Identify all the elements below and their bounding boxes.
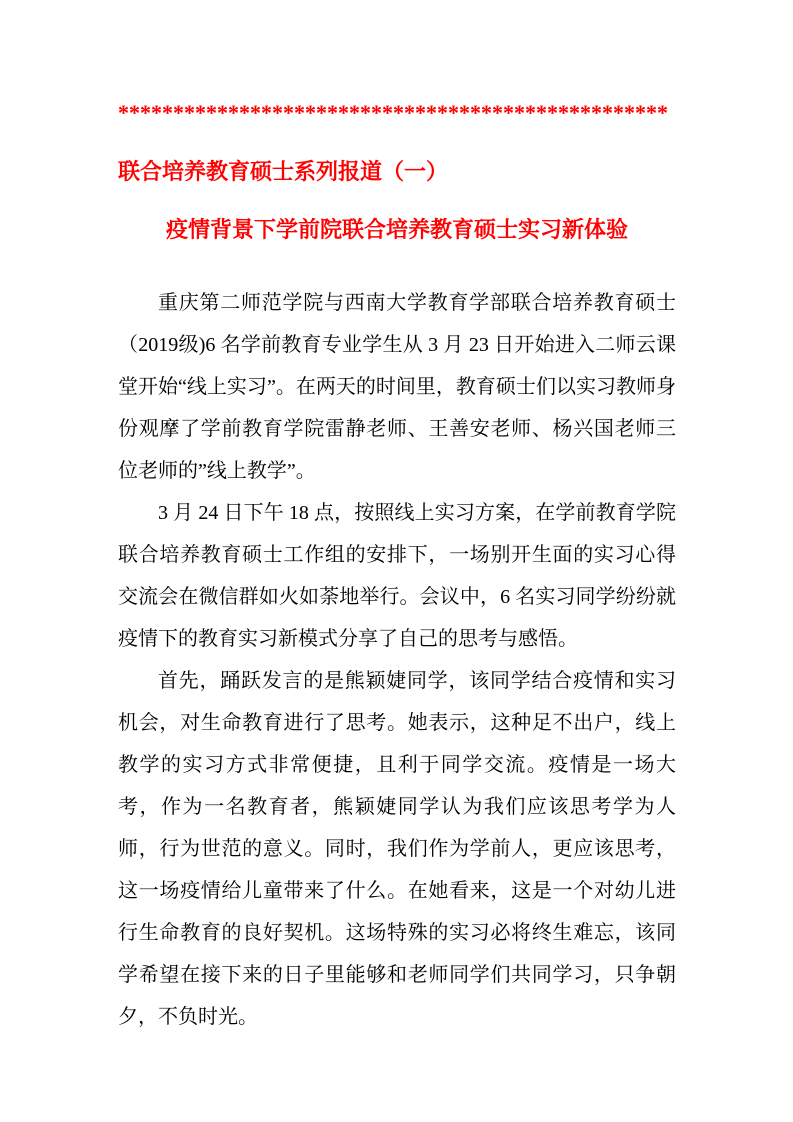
series-heading: 联合培养教育硕士系列报道（一） xyxy=(118,158,676,186)
article-body: 重庆第二师范学院与西南大学教育学部联合培养教育硕士（2019级)6 名学前教育专… xyxy=(118,282,676,1038)
star-divider: ****************************************… xyxy=(118,100,676,126)
paragraph-student-reflection: 首先，踊跃发言的是熊颖婕同学，该同学结合疫情和实习机会，对生命教育进行了思考。她… xyxy=(118,660,676,1038)
paragraph-intro: 重庆第二师范学院与西南大学教育学部联合培养教育硕士（2019级)6 名学前教育专… xyxy=(118,282,676,492)
article-title: 疫情背景下学前院联合培养教育硕士实习新体验 xyxy=(118,216,676,244)
paragraph-meeting: 3 月 24 日下午 18 点，按照线上实习方案，在学前教育学院联合培养教育硕士… xyxy=(118,492,676,660)
document-page: ****************************************… xyxy=(0,0,793,1122)
